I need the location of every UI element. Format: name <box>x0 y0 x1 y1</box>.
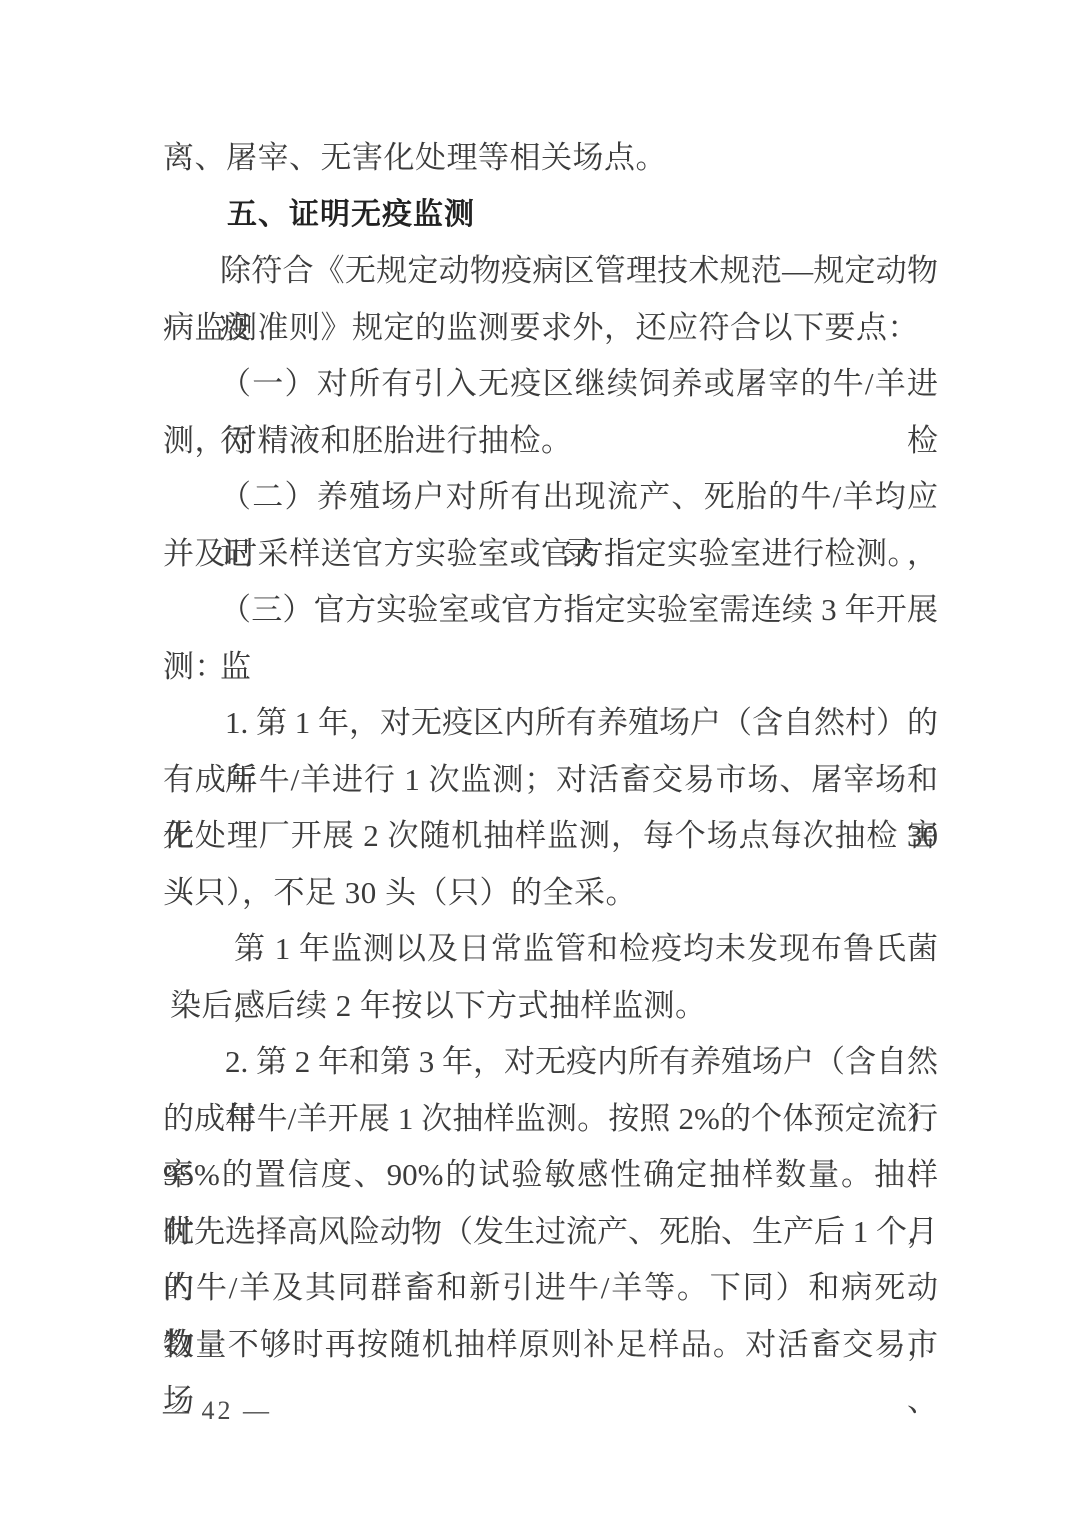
text-line: （只），不足 30 头（只）的全采。 <box>163 865 938 922</box>
text-line: 除符合《无规定动物疫病区管理技术规范—规定动物疫 <box>163 243 938 300</box>
text-line: 有成年牛/羊进行 1 次监测；对活畜交易市场、屠宰场和无害 <box>163 752 938 809</box>
text-line: （三）官方实验室或官方指定实验室需连续 3 年开展监 <box>163 582 938 639</box>
text-block: 离、屠宰、无害化处理等相关场点。五、证明无疫监测除符合《无规定动物疫病区管理技术… <box>163 130 938 1373</box>
text-line: 优先选择高风险动物（发生过流产、死胎、生产后 1 个月内 <box>163 1204 938 1261</box>
text-line: 数量不够时再按随机抽样原则补足样品。对活畜交易市场、 <box>163 1317 938 1374</box>
text-line: 化处理厂开展 2 次随机抽样监测，每个场点每次抽检 30 头 <box>163 808 938 865</box>
page-number: — 42 — <box>163 1396 272 1426</box>
text-line: 1. 第 1 年，对无疫区内所有养殖场户（含自然村）的所 <box>163 695 938 752</box>
text-line: 并及时采样送官方实验室或官方指定实验室进行检测。 <box>163 526 938 583</box>
text-line: 第 1 年监测以及日常监管和检疫均未发现布鲁氏菌感 <box>163 921 938 978</box>
text-line: 病监测准则》规定的监测要求外，还应符合以下要点： <box>163 300 938 357</box>
section-heading: 五、证明无疫监测 <box>163 187 938 244</box>
text-line: （一）对所有引入无疫区继续饲养或屠宰的牛/羊进行检 <box>163 356 938 413</box>
document-page: 离、屠宰、无害化处理等相关场点。五、证明无疫监测除符合《无规定动物疫病区管理技术… <box>0 0 1080 1527</box>
text-line: 的成年牛/羊开展 1 次抽样监测。按照 2%的个体预定流行率、 <box>163 1091 938 1148</box>
text-line: （二）养殖场户对所有出现流产、死胎的牛/羊均应记录， <box>163 469 938 526</box>
text-line: 测： <box>163 639 938 696</box>
text-line: 95%的置信度、90%的试验敏感性确定抽样数量。抽样时， <box>163 1147 938 1204</box>
text-line: 2. 第 2 年和第 3 年，对无疫内所有养殖场户（含自然村） <box>163 1034 938 1091</box>
text-line: 染后，后续 2 年按以下方式抽样监测。 <box>163 978 938 1035</box>
text-line: 离、屠宰、无害化处理等相关场点。 <box>163 130 938 187</box>
text-line: 的牛/羊及其同群畜和新引进牛/羊等。下同）和病死动物， <box>163 1260 938 1317</box>
